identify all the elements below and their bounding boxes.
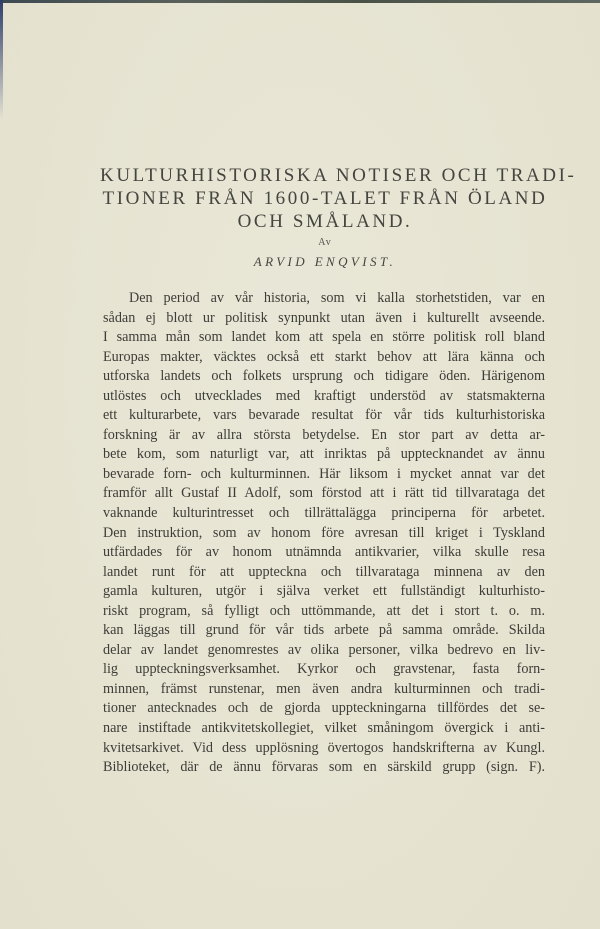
text-line: vaknande kulturintresset och tillrättalä… [103, 504, 545, 524]
scan-top-edge [0, 0, 600, 3]
text-line: minnen, främst runstenar, men även andra… [103, 680, 545, 700]
text-line: sådan ej blott ur politisk synpunkt utan… [103, 309, 545, 329]
text-line: Europas makter, väcktes också ett starkt… [103, 348, 545, 368]
text-line: utforska landets och folkets ursprung oc… [103, 367, 545, 387]
scan-left-edge [0, 0, 3, 120]
text-line: ett kulturarbete, vars bevarade resultat… [103, 406, 545, 426]
text-line: I samma mån som landet kom att spela en … [103, 328, 545, 348]
text-line: nare instiftade antikvitetskollegiet, vi… [103, 719, 545, 739]
text-line: lig uppteckningsverksamhet. Kyrkor och g… [103, 660, 545, 680]
text-line: delar av landet genomrestes av olika per… [103, 641, 545, 661]
title-line: KULTURHISTORISKA NOTISER OCH TRADI- [100, 164, 550, 187]
author-name: ARVID ENQVIST. [100, 254, 550, 270]
text-line: forskning är av allra största betydelse.… [103, 426, 545, 446]
body-paragraph: Den period av vår historia, som vi kalla… [103, 289, 545, 778]
article-title: KULTURHISTORISKA NOTISER OCH TRADI- TION… [100, 164, 550, 233]
text-line: bevarade forn- och kulturminnen. Här lik… [103, 465, 545, 485]
text-line: framför allt Gustaf II Adolf, som försto… [103, 484, 545, 504]
title-line: OCH SMÅLAND. [100, 210, 550, 233]
text-line: utfärdades för av honom utnämnda antikva… [103, 543, 545, 563]
byline: Av [100, 237, 550, 248]
text-line: Biblioteket, där de ännu förvaras som en… [103, 758, 545, 778]
text-line: kan läggas till grund för vår tids arbet… [103, 621, 545, 641]
text-line: utlöstes och utvecklades med kraftigt un… [103, 387, 545, 407]
text-line: tioner antecknades och de gjorda uppteck… [103, 699, 545, 719]
text-line: bete kom, som naturligt var, att inrikta… [103, 445, 545, 465]
text-line: riskt program, så fylligt och uttömmande… [103, 602, 545, 622]
title-line: TIONER FRÅN 1600-TALET FRÅN ÖLAND [100, 187, 550, 210]
text-line: gamla kulturen, utgör i själva verket et… [103, 582, 545, 602]
text-line: Den period av vår historia, som vi kalla… [103, 289, 545, 309]
text-line: kvitetsarkivet. Vid dess upplösning över… [103, 739, 545, 759]
text-line: Den instruktion, som av honom före avres… [103, 524, 545, 544]
text-line: landet runt för att uppteckna och tillva… [103, 563, 545, 583]
